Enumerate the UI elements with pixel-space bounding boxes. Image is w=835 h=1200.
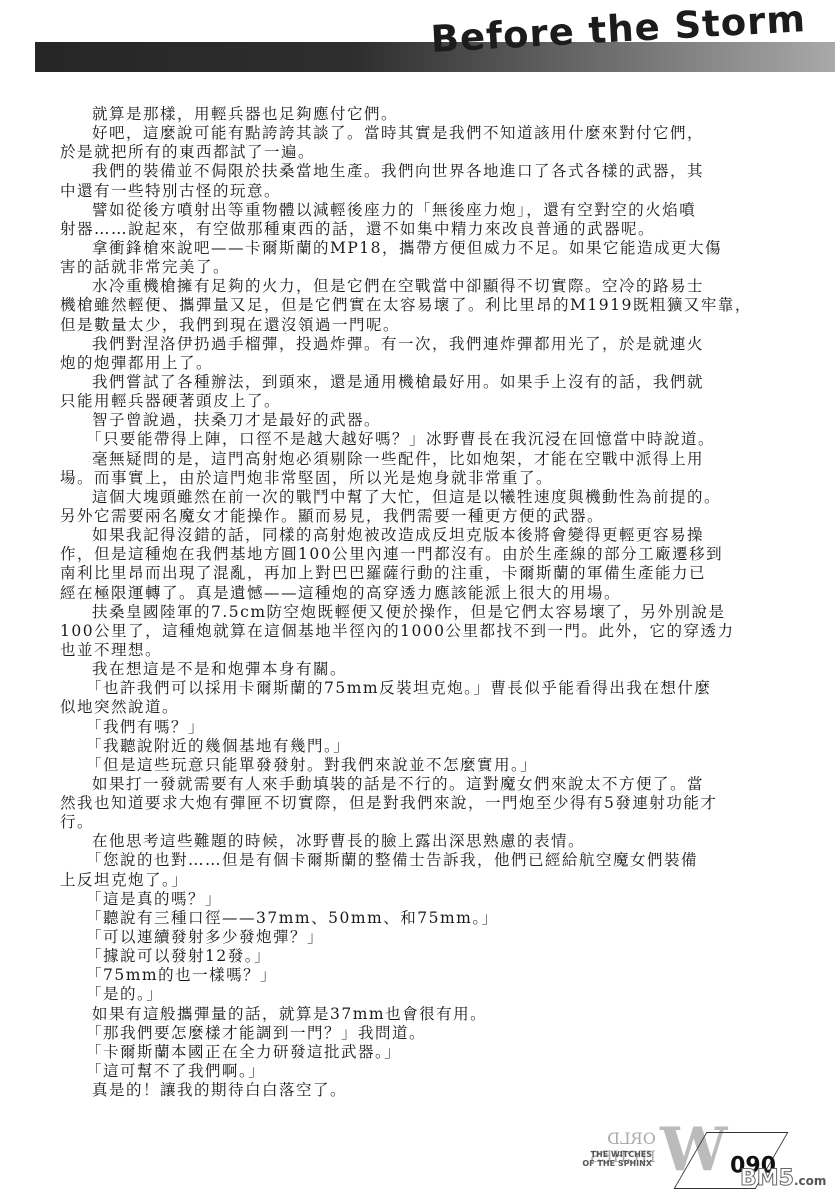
text-line: 「也許我們可以採用卡爾斯蘭的75mm反裝坦克炮。」曹長似乎能看得出我在想什麼 bbox=[60, 679, 800, 698]
text-line: 「據說可以發射12發。」 bbox=[60, 947, 800, 966]
site-watermark: BM5.com bbox=[740, 1166, 826, 1191]
text-line: 上反坦克炮了。」 bbox=[60, 871, 800, 890]
text-line: 也並不理想。 bbox=[60, 641, 800, 660]
text-line: 「只要能帶得上陣，口徑不是越大越好嗎？」冰野曹長在我沉浸在回憶當中時說道。 bbox=[60, 430, 800, 449]
text-line: 「這是真的嗎？」 bbox=[60, 890, 800, 909]
text-line: 「75mm的也一樣嗎？」 bbox=[60, 966, 800, 985]
text-line: 在他思考這些難題的時候，冰野曹長的臉上露出深思熟慮的表情。 bbox=[60, 832, 800, 851]
text-line: 譬如從後方噴射出等重物體以減輕後座力的「無後座力炮」，還有空對空的火焰噴 bbox=[60, 201, 800, 220]
text-line: 然我也知道要求大炮有彈匣不切實際，但是對我們來說，一門炮至少得有5發連射功能才 bbox=[60, 794, 800, 813]
text-line: 我們對涅洛伊扔過手榴彈，投過炸彈。有一次，我們連炸彈都用光了，於是就連火 bbox=[60, 335, 800, 354]
text-line: 扶桑皇國陸軍的7.5cm防空炮既輕便又便於操作，但是它們太容易壞了，另外別說是 bbox=[60, 603, 800, 622]
text-line: 機槍雖然輕便、攜彈量又足，但是它們實在太容易壞了。利比里昂的M1919既粗獷又牢… bbox=[60, 296, 800, 315]
text-line: 炮的炮彈都用上了。 bbox=[60, 354, 800, 373]
text-line: 「那我們要怎麼樣才能調到一門？」我問道。 bbox=[60, 1024, 800, 1043]
series-title: THE WITCHES OF THE SPHINX bbox=[542, 1150, 652, 1168]
series-title-line-1: THE WITCHES bbox=[542, 1150, 652, 1159]
text-line: 「但是這些玩意只能單發發射。對我們來說並不怎麼實用。」 bbox=[60, 756, 800, 775]
text-line: 行。 bbox=[60, 813, 800, 832]
text-line: 毫無疑問的是，這門高射炮必須剔除一些配件，比如炮架，才能在空戰中派得上用 bbox=[60, 450, 800, 469]
text-line: 智子曾說過，扶桑刀才是最好的武器。 bbox=[60, 411, 800, 430]
text-line: 水冷重機槍擁有足夠的火力，但是它們在空戰當中卻顯得不切實際。空冷的路易士 bbox=[60, 277, 800, 296]
text-line: 真是的！讓我的期待白白落空了。 bbox=[60, 1081, 800, 1100]
text-line: 拿衝鋒槍來說吧——卡爾斯蘭的MP18，攜帶方便但威力不足。如果它能造成更大傷 bbox=[60, 239, 800, 258]
page-body-text: 就算是那樣，用輕兵器也足夠應付它們。好吧，這麼說可能有點誇誇其談了。當時其實是我… bbox=[60, 105, 800, 1100]
series-title-line-2: OF THE SPHINX bbox=[542, 1159, 652, 1168]
text-line: 「是的。」 bbox=[60, 985, 800, 1004]
text-line: 如果我記得沒錯的話，同樣的高射炮被改造成反坦克版本後將會變得更輕更容易操 bbox=[60, 526, 800, 545]
text-line: 場。而事實上，由於這門炮非常堅固，所以光是炮身就非常重了。 bbox=[60, 469, 800, 488]
text-line: 另外它需要兩名魔女才能操作。顯而易見，我們需要一種更方便的武器。 bbox=[60, 507, 800, 526]
text-line: 100公里了，這種炮就算在這個基地半徑內的1000公里都找不到一門。此外，它的穿… bbox=[60, 622, 800, 641]
text-line: 「可以連續發射多少發炮彈？」 bbox=[60, 928, 800, 947]
text-line: 如果有這般攜彈量的話，就算是37mm也會很有用。 bbox=[60, 1005, 800, 1024]
text-line: 南利比里昂而出現了混亂，再加上對巴巴羅薩行動的注重，卡爾斯蘭的軍備生產能力已 bbox=[60, 564, 800, 583]
text-line: 只能用輕兵器硬著頭皮上了。 bbox=[60, 392, 800, 411]
text-line: 「您說的也對……但是有個卡爾斯蘭的整備士告訴我，他們已經給航空魔女們裝備 bbox=[60, 851, 800, 870]
series-mirror-line-1: ORLD bbox=[590, 1130, 656, 1148]
text-line: 「聽說有三種口徑——37mm、50mm、和75mm。」 bbox=[60, 909, 800, 928]
text-line: 作，但是這種炮在我們基地方圓100公里內連一門都沒有。由於生產線的部分工廠遷移到 bbox=[60, 545, 800, 564]
text-line: 如果打一發就需要有人來手動填裝的話是不行的。這對魔女們來說太不方便了。當 bbox=[60, 775, 800, 794]
text-line: 但是數量太少，我們到現在還沒領過一門呢。 bbox=[60, 316, 800, 335]
text-line: 我在想這是不是和炮彈本身有關。 bbox=[60, 660, 800, 679]
text-line: 「這可幫不了我們啊。」 bbox=[60, 1062, 800, 1081]
text-line: 似地突然說道。 bbox=[60, 698, 800, 717]
text-line: 經在極限運轉了。真是遺憾——這種炮的高穿透力應該能派上很大的用場。 bbox=[60, 584, 800, 603]
watermark-main: BM5 bbox=[740, 1166, 794, 1191]
text-line: 射器……說起來，有空做那種東西的話，還不如集中精力來改良普通的武器呢。 bbox=[60, 220, 800, 239]
text-line: 於是就把所有的東西都試了一遍。 bbox=[60, 143, 800, 162]
text-line: 中還有一些特別古怪的玩意。 bbox=[60, 182, 800, 201]
text-line: 這個大塊頭雖然在前一次的戰鬥中幫了大忙，但這是以犧牲速度與機動性為前提的。 bbox=[60, 488, 800, 507]
text-line: 害的話就非常完美了。 bbox=[60, 258, 800, 277]
text-line: 「卡爾斯蘭本國正在全力研發這批武器。」 bbox=[60, 1043, 800, 1062]
page-footer: ORLD ITCHES THE WITCHES OF THE SPHINX W … bbox=[540, 1120, 835, 1200]
text-line: 我們的裝備並不侷限於扶桑當地生產。我們向世界各地進口了各式各樣的武器，其 bbox=[60, 162, 800, 181]
watermark-suffix: .com bbox=[794, 1174, 826, 1188]
text-line: 好吧，這麼說可能有點誇誇其談了。當時其實是我們不知道該用什麼來對付它們， bbox=[60, 124, 800, 143]
text-line: 「我們有嗎？」 bbox=[60, 718, 800, 737]
text-line: 「我聽說附近的幾個基地有幾門。」 bbox=[60, 737, 800, 756]
text-line: 就算是那樣，用輕兵器也足夠應付它們。 bbox=[60, 105, 800, 124]
text-line: 我們嘗試了各種辦法，到頭來，還是通用機槍最好用。如果手上沒有的話，我們就 bbox=[60, 373, 800, 392]
